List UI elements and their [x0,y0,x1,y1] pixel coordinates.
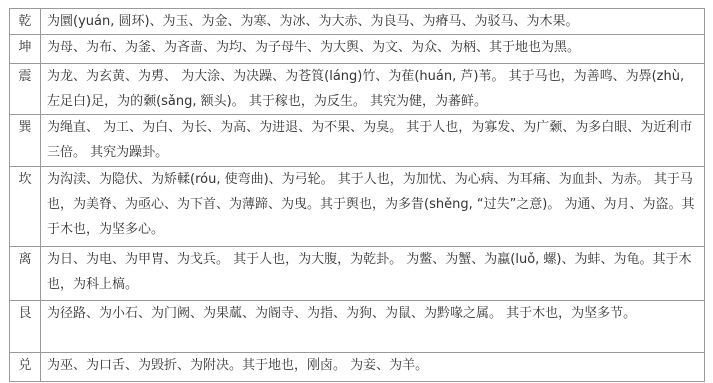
trigram-cell-xun: 巽 [10,115,41,167]
table-row: 兑 为巫、为口舌、为毁折、为附决。其于地也，刚卤。 为妾、为羊。 [10,353,705,382]
attributes-cell: 为沟渎、为隐伏、为矫輮(róu, 使弯曲)、为弓轮。 其于人也，为加忧、为心病、… [41,167,705,247]
trigram-cell-li: 离 [10,247,41,301]
trigram-cell-kun: 坤 [10,35,41,64]
attributes-cell: 为圜(yuán, 圆环)、为玉、为金、为寒、为冰、为大赤、为良马、为瘠马、为驳马… [41,9,705,35]
table-row: 离 为日、为电、为甲胄、为戈兵。 其于人也，为大腹，为乾卦。 为鳖、为蟹、为蠃(… [10,247,705,301]
attributes-cell: 为母、为布、为釜、为吝啬、为均、为子母牛、为大舆、为文、为众、为柄、其于地也为黑… [41,35,705,64]
attributes-cell: 为绳直、 为工、为白、为长、为高、为进退、为不果、为臭。 其于人也，为寡发、为广… [41,115,705,167]
trigram-cell-qian: 乾 [10,9,41,35]
trigram-cell-dui: 兑 [10,353,41,382]
table-row: 乾 为圜(yuán, 圆环)、为玉、为金、为寒、为冰、为大赤、为良马、为瘠马、为… [10,9,705,35]
attributes-cell: 为日、为电、为甲胄、为戈兵。 其于人也，为大腹，为乾卦。 为鳖、为蟹、为蠃(lu… [41,247,705,301]
table-row: 坎 为沟渎、为隐伏、为矫輮(róu, 使弯曲)、为弓轮。 其于人也，为加忧、为心… [10,167,705,247]
table-row: 坤 为母、为布、为釜、为吝啬、为均、为子母牛、为大舆、为文、为众、为柄、其于地也… [10,35,705,64]
trigram-cell-kan: 坎 [10,167,41,247]
trigram-table-container: 乾 为圜(yuán, 圆环)、为玉、为金、为寒、为冰、为大赤、为良马、为瘠马、为… [9,8,705,382]
attributes-cell: 为巫、为口舌、为毁折、为附决。其于地也，刚卤。 为妾、为羊。 [41,353,705,382]
trigram-attributes-table: 乾 为圜(yuán, 圆环)、为玉、为金、为寒、为冰、为大赤、为良马、为瘠马、为… [9,8,705,382]
attributes-cell: 为龙、为玄黄、为旉、 为大涂、为决躁、为苍筤(láng)竹、为萑(huán, 芦… [41,64,705,115]
table-row: 艮 为径路、为小石、为门阙、为果蓏、为阍寺、为指、为狗、为鼠、为黔喙之属。 其于… [10,301,705,353]
table-row: 震 为龙、为玄黄、为旉、 为大涂、为决躁、为苍筤(láng)竹、为萑(huán,… [10,64,705,115]
attributes-cell: 为径路、为小石、为门阙、为果蓏、为阍寺、为指、为狗、为鼠、为黔喙之属。 其于木也… [41,301,705,353]
trigram-cell-zhen: 震 [10,64,41,115]
table-row: 巽 为绳直、 为工、为白、为长、为高、为进退、为不果、为臭。 其于人也，为寡发、… [10,115,705,167]
trigram-cell-gen: 艮 [10,301,41,353]
